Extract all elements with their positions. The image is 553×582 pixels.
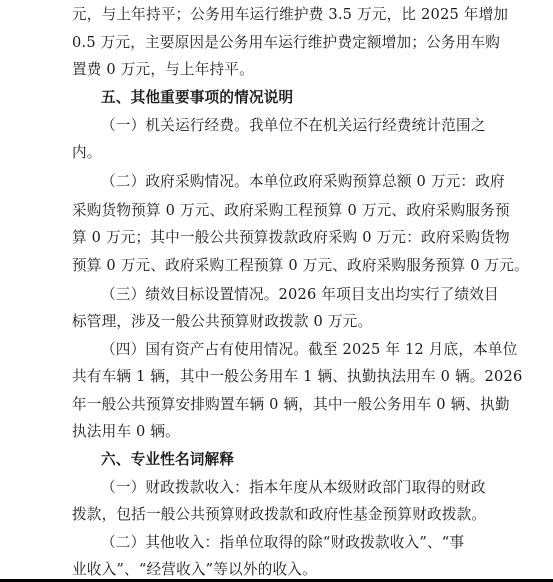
text-line: 标管理，涉及一般公共预算财政拨款 0 万元。 — [72, 309, 372, 335]
text-line: 0.5 万元，主要原因是公务用车运行维护费定额增加；公务用车购 — [72, 30, 500, 56]
section-heading-other-matters: 五、其他重要事项的情况说明 — [101, 85, 293, 111]
text-line: 预算 0 万元、政府采购工程预算 0 万元、政府采购服务预算 0 万元。 — [72, 253, 529, 279]
document-page: 元，与上年持平；公务用车运行维护费 3.5 万元，比 2025 年增加 0.5 … — [0, 0, 553, 580]
text-line: 采购货物预算 0 万元、政府采购工程预算 0 万元、政府采购服务预 — [72, 198, 510, 224]
text-line: 年一般公共预算安排购置车辆 0 辆，其中一般公务用车 0 辆、执勤 — [72, 392, 510, 418]
text-line: （二）政府采购情况。本单位政府采购预算总额 0 万元：政府 — [101, 169, 505, 195]
text-line: （一）财政拨款收入：指本年度从本级财政部门取得的财政 — [101, 475, 486, 501]
text-line: 算 0 万元；其中一般公共预算拨款政府采购 0 万元：政府采购货物 — [72, 225, 510, 251]
text-line: 元，与上年持平；公务用车运行维护费 3.5 万元，比 2025 年增加 — [72, 2, 508, 28]
text-line: 执法用车 0 辆。 — [72, 419, 180, 445]
text-line: （一）机关运行经费。我单位不在机关运行经费统计范围之 — [101, 113, 486, 139]
text-line: 内。 — [72, 140, 102, 166]
text-line: （二）其他收入：指单位取得的除“财政拨款收入”、“事 — [101, 530, 464, 556]
text-line: （三）绩效目标设置情况。2026 年项目支出均实行了绩效目 — [101, 282, 499, 308]
text-line: （四）国有资产占有使用情况。截至 2025 年 12 月底，本单位 — [101, 337, 518, 363]
text-line: 共有车辆 1 辆，其中一般公务用车 1 辆、执勤执法用车 0 辆。2026 — [72, 364, 522, 390]
section-heading-terminology: 六、专业性名词解释 — [101, 447, 234, 473]
text-line: 拨款，包括一般公共预算财政拨款和政府性基金预算财政拨款。 — [72, 502, 486, 528]
text-line: 置费 0 万元，与上年持平。 — [72, 57, 254, 83]
